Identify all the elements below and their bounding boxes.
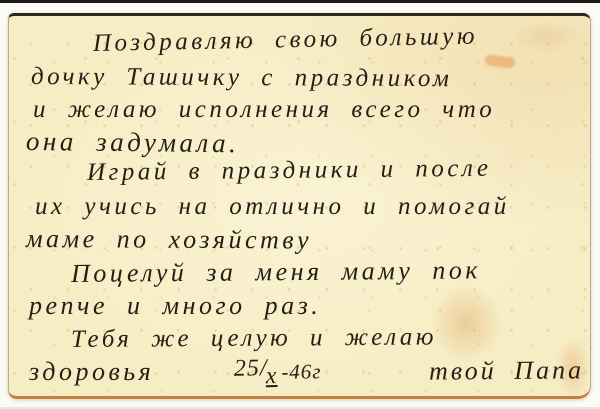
handwriting-line: и желаю исполнения всего что bbox=[33, 96, 495, 124]
scanned-postcard-image: Поздравляю свою большую дочку Ташичку с … bbox=[0, 0, 600, 409]
handwriting-line: дочку Ташичку с праздником bbox=[31, 63, 453, 93]
date-day: 25/ bbox=[234, 355, 268, 382]
date: 25/х-46г bbox=[234, 358, 322, 387]
handwriting-line: она задумала. bbox=[26, 126, 240, 159]
paper-stain bbox=[504, 16, 589, 58]
handwriting-line: маме по хозяйству bbox=[26, 224, 312, 255]
handwriting-line: репче и много раз. bbox=[29, 291, 321, 321]
date-month: х bbox=[266, 363, 278, 389]
handwriting-line: здоровья bbox=[29, 357, 154, 387]
postcard: Поздравляю свою большую дочку Ташичку с … bbox=[8, 13, 591, 399]
handwriting-line: Тебя же целую и желаю bbox=[71, 323, 437, 354]
signature: твой Папа bbox=[429, 355, 584, 386]
paper-stain bbox=[484, 54, 515, 69]
handwriting-line: Играй в праздники и после bbox=[87, 155, 492, 187]
scan-top-edge bbox=[0, 0, 600, 3]
handwriting-line: Поцелуй за меня маму пок bbox=[71, 255, 481, 289]
date-year: -46г bbox=[281, 359, 322, 384]
handwriting-line: Поздравляю свою большую bbox=[93, 23, 479, 58]
handwriting-line: их учись на отлично и помогай bbox=[35, 193, 510, 221]
